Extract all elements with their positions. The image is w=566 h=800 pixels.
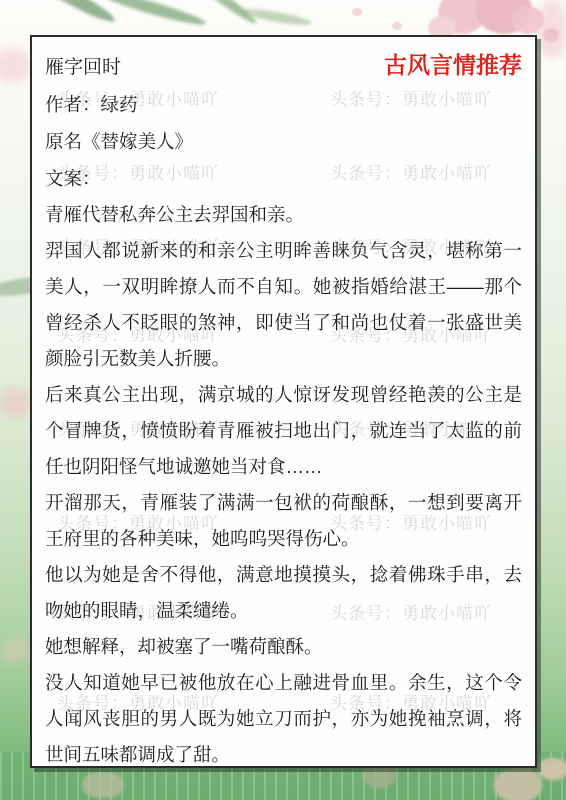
pink-blotch-decoration bbox=[0, 48, 32, 82]
original-title-line: 原名《替嫁美人》 bbox=[45, 123, 522, 160]
synopsis-paragraph: 他以为她是舍不得他，满意地摸摸头，捻着佛珠手串，去吻她的眼睛，温柔缱绻。 bbox=[45, 557, 522, 629]
willow-leaf-decoration bbox=[242, 6, 313, 28]
willow-leaf-decoration bbox=[187, 0, 259, 27]
pink-blotch-decoration bbox=[0, 638, 30, 664]
blossom-decoration bbox=[512, 6, 544, 34]
petal-decoration bbox=[352, 8, 362, 16]
synopsis-content: 雁字回时 古风言情推荐 作者：绿药 原名《替嫁美人》 文案： 青雁代替私奔公主去… bbox=[32, 37, 535, 773]
willow-leaf-decoration bbox=[30, 0, 118, 27]
recommendation-tag: 古风言情推荐 bbox=[384, 47, 522, 84]
book-title: 雁字回时 bbox=[45, 49, 121, 86]
petal-decoration bbox=[543, 28, 559, 42]
synopsis-paragraph: 没人知道她早已被他放在心上融进骨血里。余生，这个令人闻风丧胆的男人既为她立刀而护… bbox=[45, 665, 522, 773]
title-row: 雁字回时 古风言情推荐 bbox=[45, 47, 522, 86]
synopsis-paragraph: 开溜那天，青雁装了满满一包袱的荷酿酥，一想到要离开王府里的各种美味，她呜呜哭得伤… bbox=[45, 485, 522, 557]
synopsis-label: 文案： bbox=[45, 160, 522, 197]
watercolor-blotch-decoration bbox=[538, 758, 566, 780]
watercolor-blotch-decoration bbox=[82, 772, 124, 798]
author-line: 作者：绿药 bbox=[45, 86, 522, 123]
pink-wash-decoration bbox=[538, 0, 566, 58]
page: { "page": { "watermark": "头条号：勇敢小喵吖" }, … bbox=[0, 0, 566, 800]
synopsis-paragraph: 羿国人都说新来的和亲公主明眸善睐负气含灵，堪称第一美人，一双明眸撩人而不自知。她… bbox=[45, 233, 522, 377]
blossom-decoration bbox=[438, 0, 486, 34]
blossom-decoration bbox=[476, 0, 532, 34]
pink-blotch-decoration bbox=[0, 388, 32, 418]
content-card: 头条号：勇敢小喵吖 头条号：勇敢小喵吖 头条号：勇敢小喵吖 头条号：勇敢小喵吖 … bbox=[30, 35, 537, 768]
synopsis-paragraph: 后来真公主出现，满京城的人惊讶发现曾经艳羡的公主是个冒牌货，愤愤盼着青雁被扫地出… bbox=[45, 377, 522, 485]
synopsis-paragraph: 青雁代替私奔公主去羿国和亲。 bbox=[45, 197, 522, 233]
synopsis-paragraph: 她想解释，却被塞了一嘴荷酿酥。 bbox=[45, 629, 522, 665]
willow-leaf-decoration bbox=[97, 0, 208, 29]
petal-decoration bbox=[392, 22, 402, 30]
